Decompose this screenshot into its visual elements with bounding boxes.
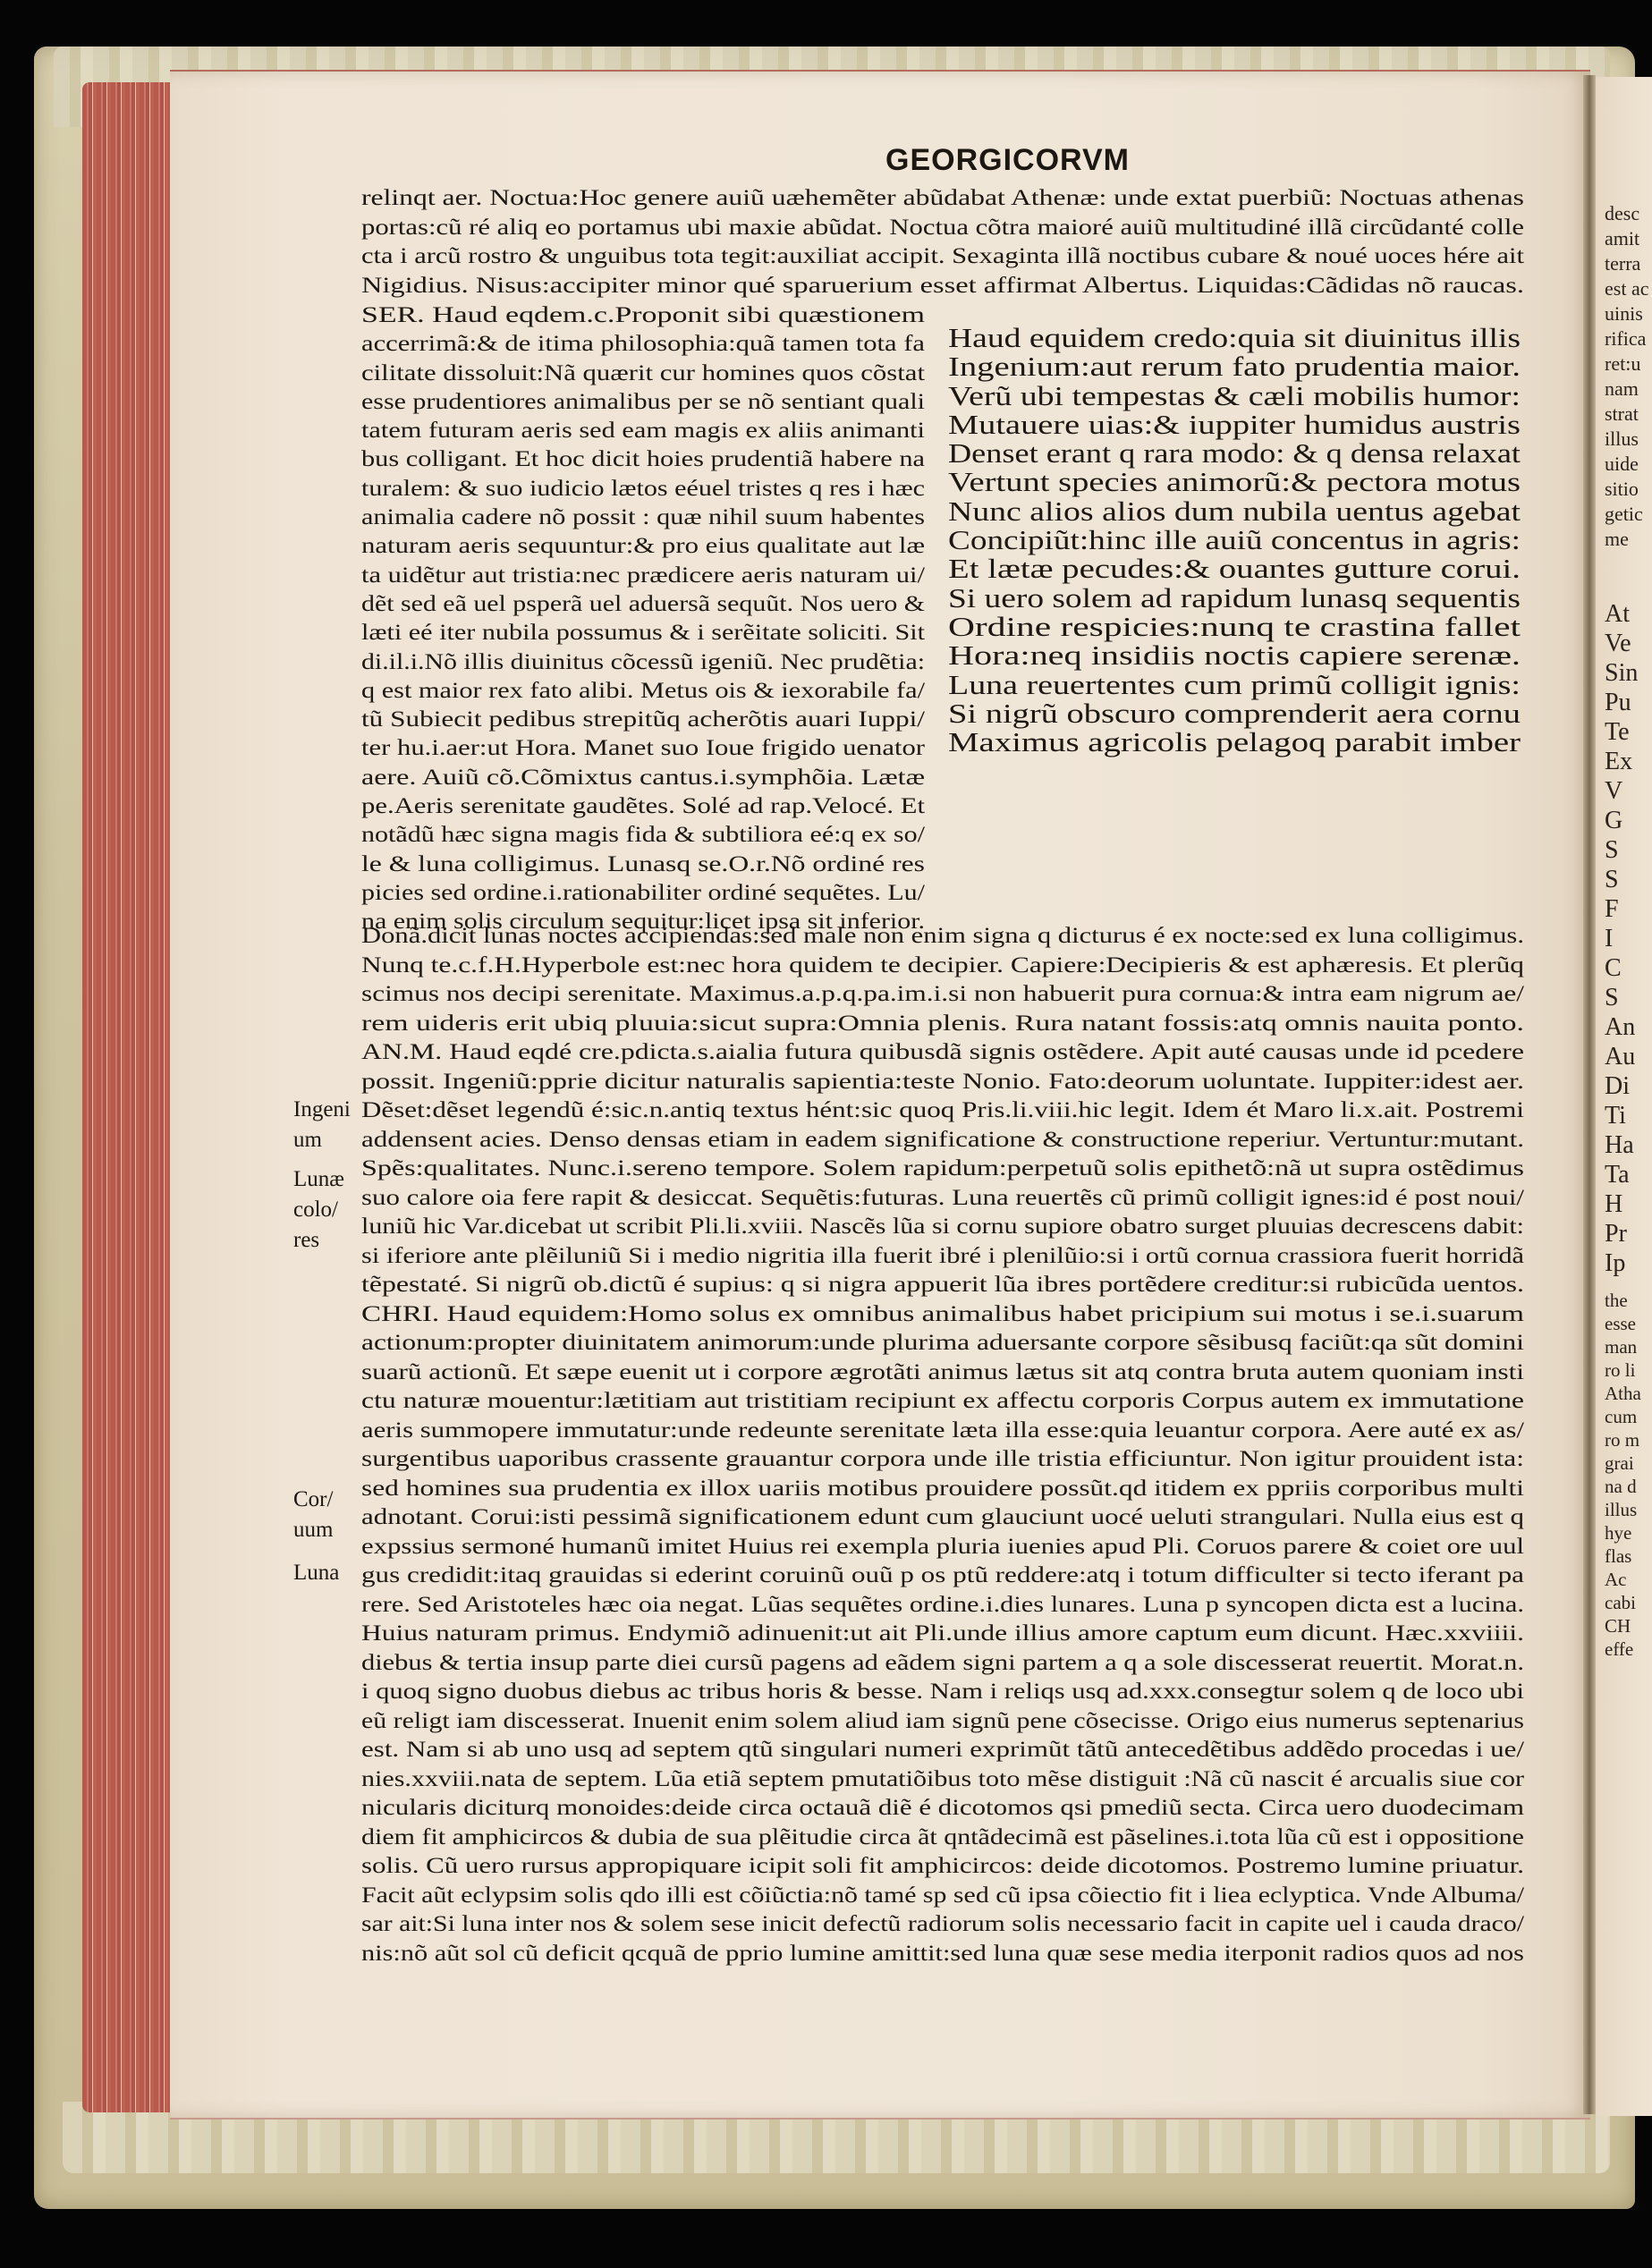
commentary-line: rere. Sed Aristoteles hæc oia negat. Lũa… <box>361 1590 1524 1620</box>
commentary-line: solis. Cũ uero rursus appropiquare icipi… <box>361 1851 1524 1881</box>
commentary-line: rem uideris erit ubiq pluuia:sicut supra… <box>361 1009 1524 1038</box>
marginal-note: Ingeni <box>293 1095 351 1125</box>
commentary-line: surgentibus uaporibus crassente grauantu… <box>361 1444 1524 1474</box>
next-page-text-fragment: getic <box>1605 503 1643 526</box>
commentary-line: est. Nam si ab uno usq ad septem qtũ sin… <box>361 1735 1524 1764</box>
commentary-line: aere. Auiũ cõ.Cõmixtus cantus.i.symphõia… <box>361 763 925 791</box>
next-page-text-fragment: hye <box>1605 1522 1631 1544</box>
next-page-text-fragment: F <box>1605 895 1619 924</box>
verse-line: Si uero solem ad rapidum lunasq sequenti… <box>948 584 1521 613</box>
text-line: cta i arcũ rostro & unguibus tota tegit:… <box>361 241 1524 271</box>
commentary-line: notãdũ hæc signa magis fida & subtiliora… <box>361 820 925 849</box>
commentary-full-width: Donã.dicit lunas noctes accipiendas:sed … <box>361 921 1359 1968</box>
next-page-text-fragment: me <box>1605 528 1629 551</box>
next-page-text-fragment: CH <box>1605 1615 1631 1638</box>
next-page-text-fragment: Au <box>1605 1043 1635 1071</box>
commentary-line: tatem futuram aeris sed eam magis ex ali… <box>361 416 925 444</box>
next-page-text-fragment: est ac <box>1605 277 1648 300</box>
next-page-text-fragment: I <box>1605 925 1613 953</box>
verse-line: Denset erant q rara modo: & q densa rela… <box>948 439 1521 468</box>
commentary-line: dẽt sed eã uel psperã uel aduersã sequũt… <box>361 589 925 618</box>
commentary-line: Nunq te.c.f.H.Hyperbole est:nec hora qui… <box>361 951 1524 980</box>
commentary-line: sar ait:Si luna inter nos & solem sese i… <box>361 1909 1524 1939</box>
text-line: portas:cũ ré aliq eo portamus ubi maxie … <box>361 213 1524 242</box>
next-page-text-fragment: desc <box>1605 202 1639 225</box>
next-page-text-fragment: C <box>1605 954 1622 983</box>
commentary-line: accerrimã:& de itima philosophia:quã tam… <box>361 329 925 358</box>
next-page-text-fragment: Ta <box>1605 1161 1630 1189</box>
commentary-line: suarũ actionũ. Et sæpe euenit ut i corpo… <box>361 1358 1524 1387</box>
next-page-text-fragment: S <box>1605 866 1619 894</box>
commentary-line: sed homines sua prudentia ex illox uarii… <box>361 1474 1524 1503</box>
next-page-text-fragment: An <box>1605 1013 1635 1042</box>
next-page-text-fragment: illus <box>1605 427 1639 451</box>
next-page-text-fragment: H <box>1605 1190 1622 1219</box>
commentary-line: picies sed ordine.i.rationabiliter ordin… <box>361 878 925 907</box>
commentary-line: nicularis diciturq monoides:deide circa … <box>361 1793 1524 1823</box>
text-line: Nigidius. Nisus:accipiter minor qué spar… <box>361 271 1524 300</box>
commentary-line: tẽpestaté. Si nigrũ ob.dictũ é supius: q… <box>361 1270 1524 1299</box>
next-page-text-fragment: ro li <box>1605 1359 1635 1382</box>
commentary-line: Spẽs:qualitates. Nunc.i.sereno tempore. … <box>361 1154 1524 1183</box>
next-page-text-fragment: Ti <box>1605 1102 1626 1130</box>
commentary-line: eũ religt iam discesserat. Inuenit enim … <box>361 1706 1524 1736</box>
commentary-line: diem fit amphicircos & dubia de sua plẽi… <box>361 1823 1524 1852</box>
marginal-note: colo/ <box>293 1195 338 1225</box>
commentary-line: diebus & tertia insup parte diei cursũ p… <box>361 1648 1524 1678</box>
commentary-line: Dẽset:dẽset legendũ é:sic.n.antiq textus… <box>361 1096 1524 1125</box>
commentary-line: ta uidẽtur aut tristia:nec prædicere aer… <box>361 561 925 589</box>
next-page-text-fragment: amit <box>1605 227 1639 250</box>
commentary-line: læti eé iter nubila possumus & i serẽita… <box>361 618 925 647</box>
next-page-text-fragment: ret:u <box>1605 352 1640 376</box>
verse-line: Ingenium:aut rerum fato prudentia maior. <box>948 352 1521 381</box>
verse-line: Haud equidem credo:quia sit diuinitus il… <box>948 324 1521 352</box>
commentary-line: nies.xxviii.nata de septem. Lũa etiã sep… <box>361 1764 1524 1794</box>
next-page-text-fragment: man <box>1605 1336 1637 1358</box>
verse-line: Si nigrũ obscuro comprenderit aera cornu <box>948 699 1521 728</box>
commentary-line: tũ Subiecit pedibus strepitũq acherõtis … <box>361 705 925 733</box>
marginal-note: Lunæ <box>293 1164 344 1195</box>
verse-line: Maximus agricolis pelagoq parabit imber <box>948 728 1521 757</box>
commentary-line: si iferiore ante plẽiluniũ Si i medio ni… <box>361 1241 1524 1271</box>
text-line: relinqt aer. Noctua:Hoc genere auiũ uæhe… <box>361 183 1524 213</box>
next-page-text-fragment: uide <box>1605 453 1639 476</box>
commentary-line: Donã.dicit lunas noctes accipiendas:sed … <box>361 921 1524 951</box>
commentary-line: gus credidit:itaq grauidas si ederint co… <box>361 1561 1524 1590</box>
commentary-line: AN.M. Haud eqdé cre.pdicta.s.aialia futu… <box>361 1037 1524 1067</box>
next-page-text-fragment: Ve <box>1605 630 1631 658</box>
next-page-text-fragment: grai <box>1605 1452 1634 1475</box>
next-page-text-fragment: Pr <box>1605 1220 1627 1248</box>
verse-line: Vertunt species animorũ:& pectora motus <box>948 468 1521 496</box>
next-page-text-fragment: cabi <box>1605 1592 1636 1614</box>
next-page-text-fragment: Ip <box>1605 1249 1625 1278</box>
next-page-text-fragment: At <box>1605 600 1630 629</box>
verse-text-block: Haud equidem credo:quia sit diuinitus il… <box>948 324 1437 757</box>
commentary-line: bus colligant. Et hoc dicit hoies pruden… <box>361 444 925 473</box>
next-page-text-fragment: uinis <box>1605 302 1643 326</box>
commentary-line: addensent acies. Denso densas etiam in e… <box>361 1125 1524 1155</box>
marginal-note: uum <box>293 1515 333 1545</box>
next-page-text-fragment: effe <box>1605 1638 1633 1661</box>
next-page-text-fragment: the <box>1605 1290 1628 1312</box>
next-page-text-fragment: flas <box>1605 1545 1631 1568</box>
next-page-text-fragment: V <box>1605 777 1622 806</box>
next-page-text-fragment: illus <box>1605 1499 1637 1521</box>
right-page-fragment: descamitterraest acuinisrificaret:unamst… <box>1596 77 1652 2116</box>
verse-line: Concipiũt:hinc ille auiũ concentus in ag… <box>948 526 1521 554</box>
commentary-line: SER. Haud eqdem.c.Proponit sibi quæstion… <box>361 300 925 329</box>
verse-line: Luna reuertentes cum primũ colligit igni… <box>948 671 1521 699</box>
verse-line: Mutauere uias:& iuppiter humidus austris <box>948 410 1521 439</box>
commentary-line: ctu naturæ mouentur:lætitiam aut tristit… <box>361 1386 1524 1416</box>
next-page-text-fragment: Di <box>1605 1072 1630 1101</box>
next-page-text-fragment: Atha <box>1605 1383 1641 1405</box>
commentary-line: aeris summopere immutatur:unde redeunte … <box>361 1416 1524 1445</box>
marginal-note: res <box>293 1225 319 1256</box>
next-page-text-fragment: Ex <box>1605 748 1632 776</box>
commentary-line: possit. Ingeniũ:pprie dicitur naturalis … <box>361 1067 1524 1096</box>
next-page-text-fragment: Ac <box>1605 1569 1627 1591</box>
verse-line: Verũ ubi tempestas & cæli mobilis humor: <box>948 382 1521 410</box>
commentary-line: animalia cadere nõ possit : quæ nihil su… <box>361 503 925 531</box>
commentary-line: Facit aũt eclypsim solis qdo illi est cõ… <box>361 1881 1524 1910</box>
next-page-text-fragment: S <box>1605 984 1619 1012</box>
verse-line: Nunc alios alios dum nubila uentus ageba… <box>948 497 1521 526</box>
next-page-text-fragment: sitio <box>1605 478 1639 501</box>
next-page-text-fragment: Te <box>1605 718 1630 747</box>
book-gutter <box>1583 75 1596 2114</box>
next-page-text-fragment: rifica <box>1605 327 1646 351</box>
commentary-line: Huius naturam primus. Endymiõ adinuenit:… <box>361 1619 1524 1648</box>
verse-line: Et lætæ pecudes:& ouantes gutture corui. <box>948 554 1521 583</box>
commentary-line: i quoq signo duobus diebus ac tribus hor… <box>361 1677 1524 1706</box>
next-page-text-fragment: na d <box>1605 1476 1637 1498</box>
commentary-line: expssius sermoné humanũ imitet Huius rei… <box>361 1532 1524 1561</box>
commentary-line: le & luna colligimus. Lunasq se.O.r.Nõ o… <box>361 850 925 878</box>
next-page-text-fragment: terra <box>1605 252 1640 275</box>
commentary-line: suo calore oia fere rapit & desiccat. Se… <box>361 1183 1524 1213</box>
commentary-left-column: SER. Haud eqdem.c.Proponit sibi quæstion… <box>361 300 934 936</box>
commentary-line: pe.Aeris serenitate gaudẽtes. Solé ad ra… <box>361 791 925 820</box>
commentary-line: scimus nos decipi serenitate. Maximus.a.… <box>361 979 1524 1009</box>
commentary-line: ter hu.i.aer:ut Hora. Manet suo Ioue fri… <box>361 733 925 762</box>
next-page-text-fragment: esse <box>1605 1313 1636 1335</box>
verse-line: Hora:neq insidiis noctis capiere serenæ. <box>948 641 1521 670</box>
marginal-note: um <box>293 1125 322 1155</box>
commentary-line: CHRI. Haud equidem:Homo solus ex omnibus… <box>361 1299 1524 1329</box>
commentary-line: adnotant. Corui:isti pessimã significati… <box>361 1502 1524 1532</box>
commentary-line: nis:nõ aũt sol cũ deficit qcquã de pprio… <box>361 1939 1524 1968</box>
running-head: GEORGICORVM <box>885 143 1130 178</box>
next-page-text-fragment: ro m <box>1605 1429 1639 1451</box>
commentary-line: q est maior rex fato alibi. Metus ois & … <box>361 676 925 705</box>
commentary-line: actionum:propter diuinitatem animorum:un… <box>361 1328 1524 1358</box>
commentary-line: naturam aeris sequuntur:& pro eius quali… <box>361 531 925 560</box>
marginal-note: Luna <box>293 1558 339 1588</box>
commentary-line: di.il.i.Nõ illis diuinitus cõcessũ igeni… <box>361 647 925 676</box>
marginal-note: Cor/ <box>293 1485 333 1515</box>
verse-line: Ordine respicies:nunq te crastina fallet <box>948 613 1521 641</box>
commentary-line: cilitate dissoluit:Nã quærit cur homines… <box>361 359 925 387</box>
intro-lines: relinqt aer. Noctua:Hoc genere auiũ uæhe… <box>361 183 1334 300</box>
next-page-text-fragment: S <box>1605 836 1619 865</box>
next-page-text-fragment: strat <box>1605 402 1639 426</box>
next-page-text-fragment: Pu <box>1605 689 1631 717</box>
next-page-text-fragment: Sin <box>1605 659 1638 688</box>
red-fore-edge <box>82 82 172 2112</box>
commentary-line: turalem: & suo iudicio lætos eéuel trist… <box>361 474 925 503</box>
next-page-text-fragment: nam <box>1605 377 1639 401</box>
next-page-text-fragment: G <box>1605 807 1622 835</box>
next-page-text-fragment: Ha <box>1605 1131 1634 1160</box>
commentary-line: esse prudentiores animalibus per se nõ s… <box>361 387 925 416</box>
next-page-text-fragment: cum <box>1605 1406 1637 1428</box>
commentary-line: luniũ hic Var.dicebat ut scribit Pli.li.… <box>361 1212 1524 1241</box>
